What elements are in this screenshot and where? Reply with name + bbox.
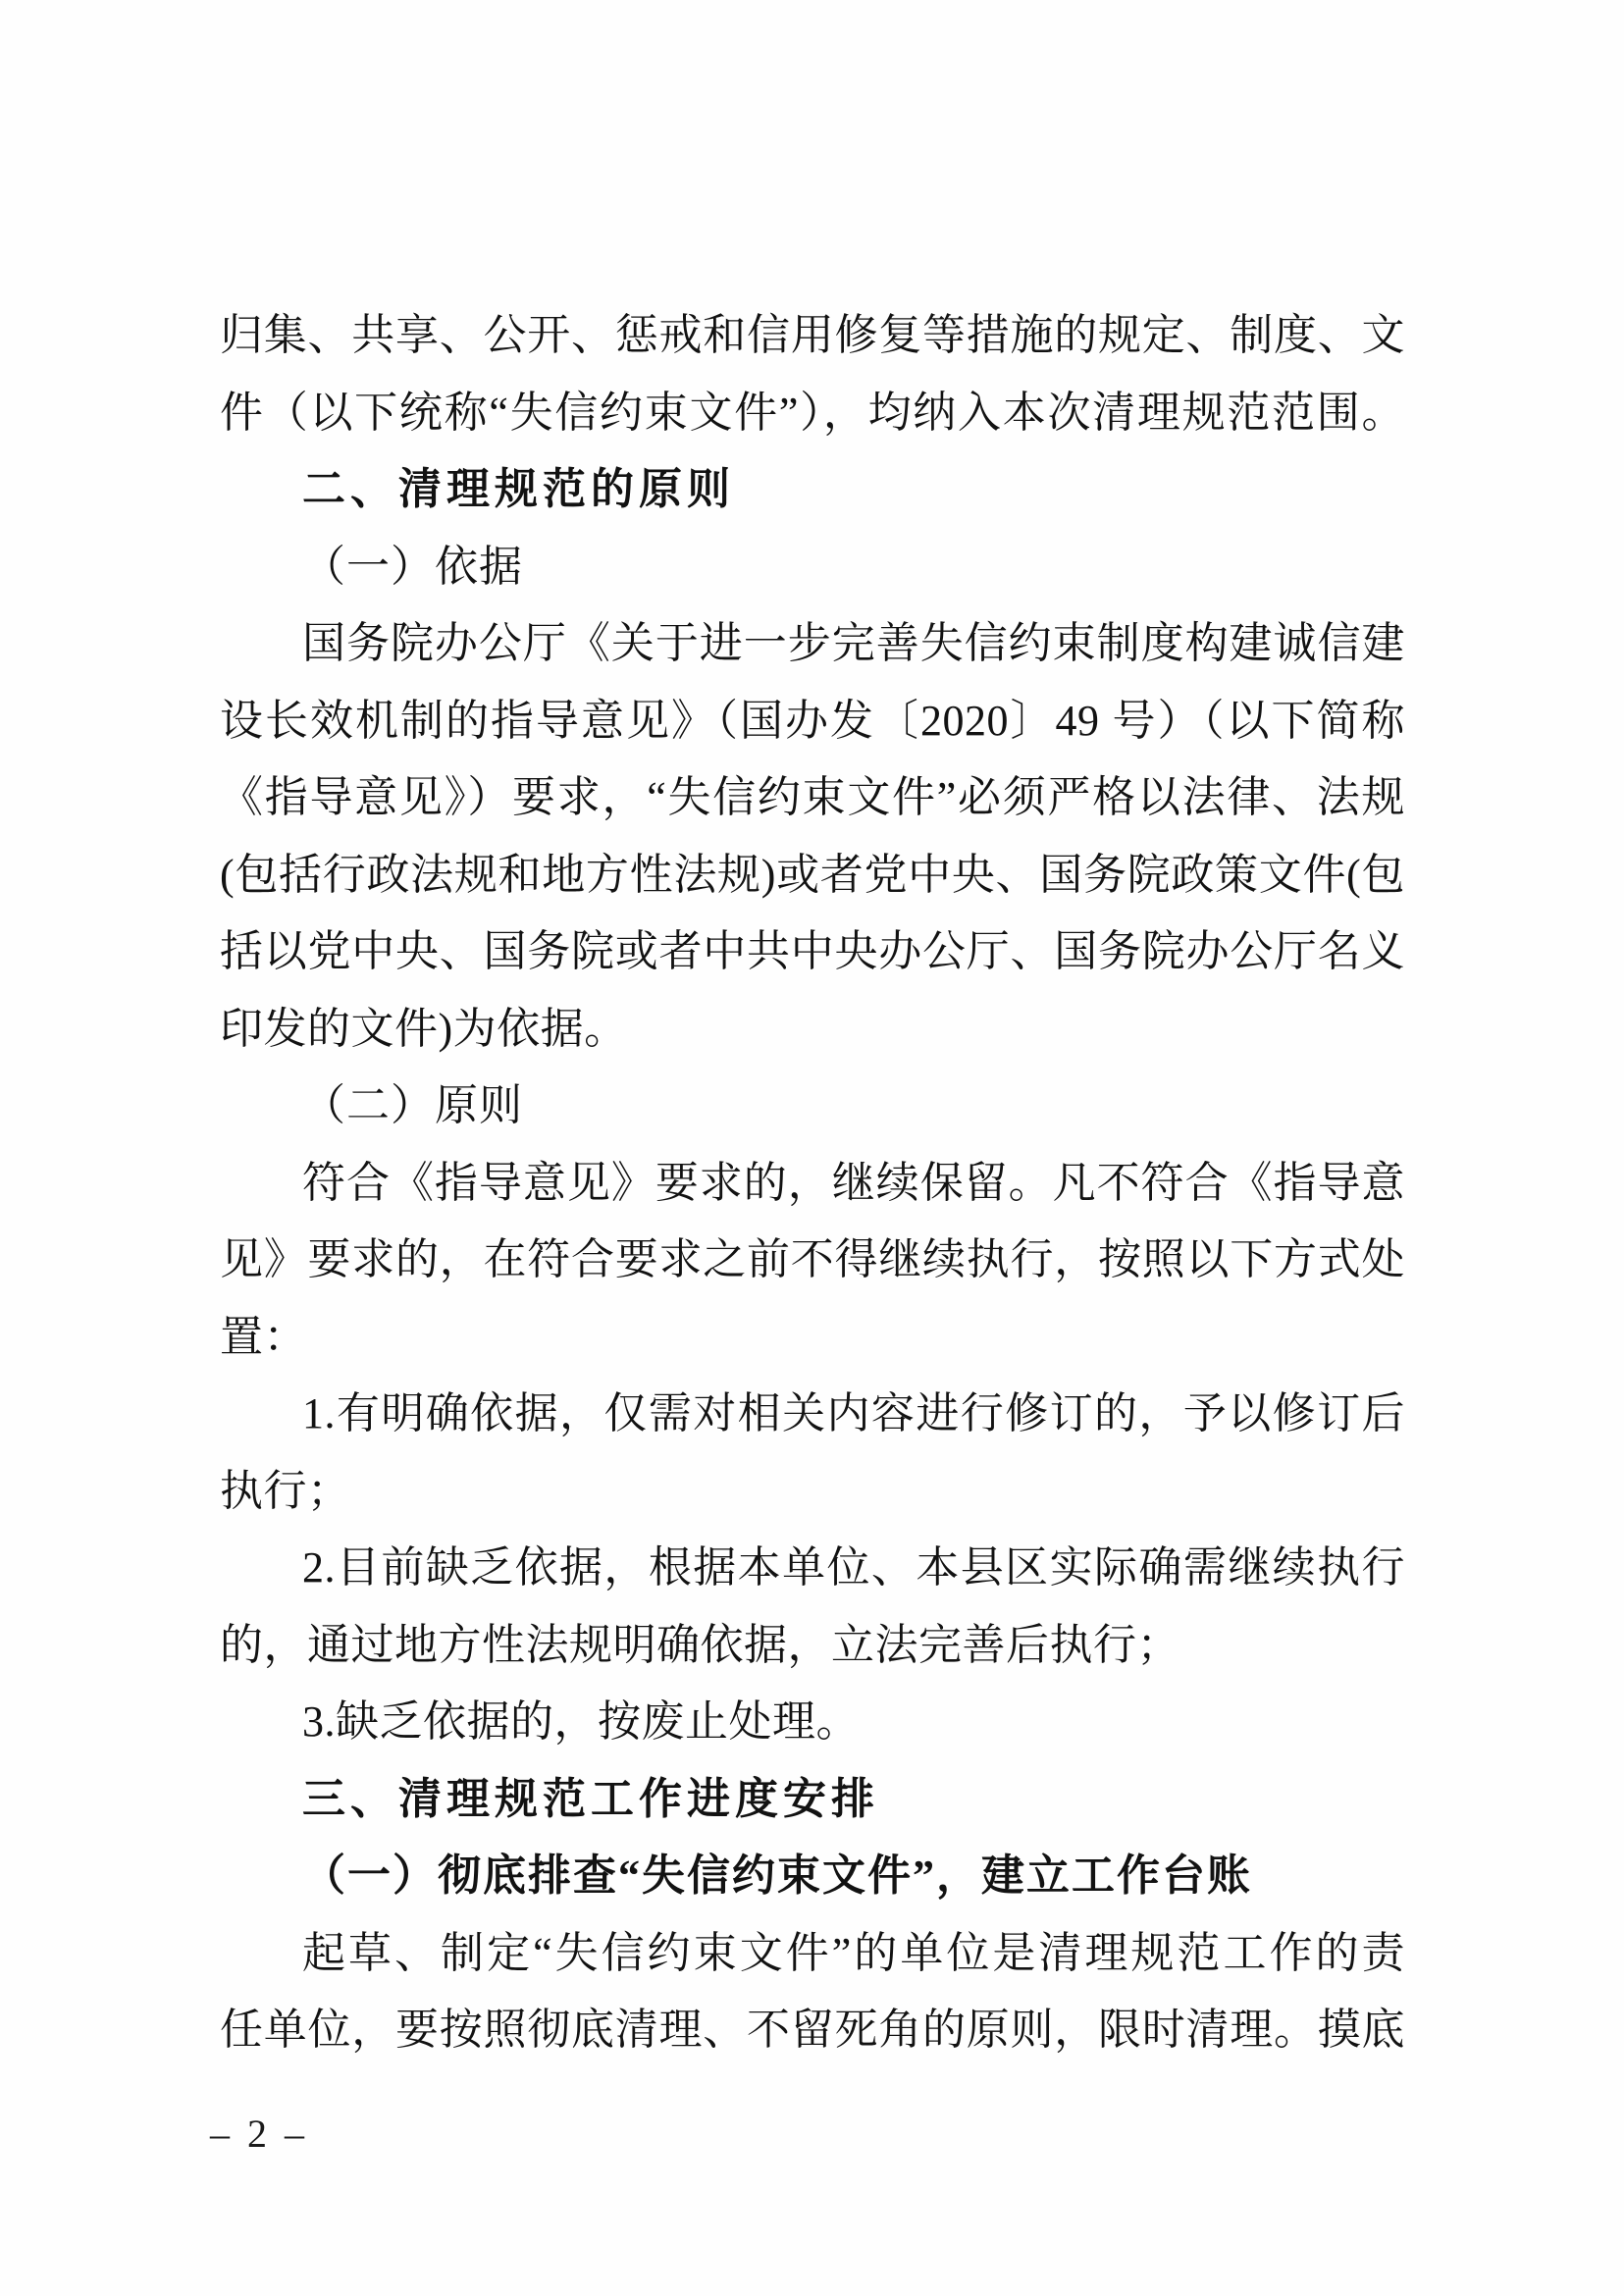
paragraph-line: 置：	[220, 1299, 1405, 1377]
subsection-heading-basis: （一）依据	[220, 529, 1405, 606]
section-heading-3: 三、清理规范工作进度安排	[220, 1761, 1405, 1839]
paragraph-line: 国务院办公厅《关于进一步完善失信约束制度构建诚信建	[220, 605, 1405, 683]
document-page: 归集、共享、公开、惩戒和信用修复等措施的规定、制度、文 件（以下统称“失信约束文…	[0, 0, 1624, 2296]
numbered-item-line-2: 2.目前缺乏依据，根据本单位、本县区实际确需继续执行	[220, 1530, 1405, 1607]
paragraph-line: 印发的文件)为依据。	[220, 991, 1405, 1069]
document-text-block: 归集、共享、公开、惩戒和信用修复等措施的规定、制度、文 件（以下统称“失信约束文…	[220, 297, 1405, 2069]
paragraph-line: 括以党中央、国务院或者中共中央办公厅、国务院办公厅名义	[220, 913, 1405, 991]
numbered-item-line-1: 1.有明确依据，仅需对相关内容进行修订的，予以修订后	[220, 1376, 1405, 1453]
paragraph-line: 《指导意见》）要求，“失信约束文件”必须严格以法律、法规	[220, 759, 1405, 837]
paragraph-line: 任单位，要按照彻底清理、不留死角的原则，限时清理。摸底	[220, 1992, 1405, 2069]
paragraph-line: 符合《指导意见》要求的，继续保留。凡不符合《指导意	[220, 1145, 1405, 1223]
numbered-item-line-2-cont: 的，通过地方性法规明确依据，立法完善后执行；	[220, 1607, 1405, 1685]
paragraph-line: 设长效机制的指导意见》（国办发〔2020〕49 号）（以下简称	[220, 683, 1405, 760]
subsection-heading-principle: （二）原则	[220, 1068, 1405, 1145]
paragraph-line: 见》要求的，在符合要求之前不得继续执行，按照以下方式处	[220, 1222, 1405, 1299]
paragraph-line: (包括行政法规和地方性法规)或者党中央、国务院政策文件(包	[220, 837, 1405, 914]
paragraph-line: 件（以下统称“失信约束文件”），均纳入本次清理规范范围。	[220, 375, 1405, 452]
numbered-item-line-3: 3.缺乏依据的，按废止处理。	[220, 1684, 1405, 1761]
paragraph-line: 归集、共享、公开、惩戒和信用修复等措施的规定、制度、文	[220, 297, 1405, 375]
section-heading-2: 二、清理规范的原则	[220, 451, 1405, 529]
page-number: – 2 –	[210, 2105, 308, 2164]
subsection-heading-ledger: （一）彻底排查“失信约束文件”，建立工作台账	[220, 1838, 1405, 1915]
paragraph-line: 起草、制定“失信约束文件”的单位是清理规范工作的责	[220, 1915, 1405, 1993]
numbered-item-line-1-cont: 执行；	[220, 1453, 1405, 1531]
